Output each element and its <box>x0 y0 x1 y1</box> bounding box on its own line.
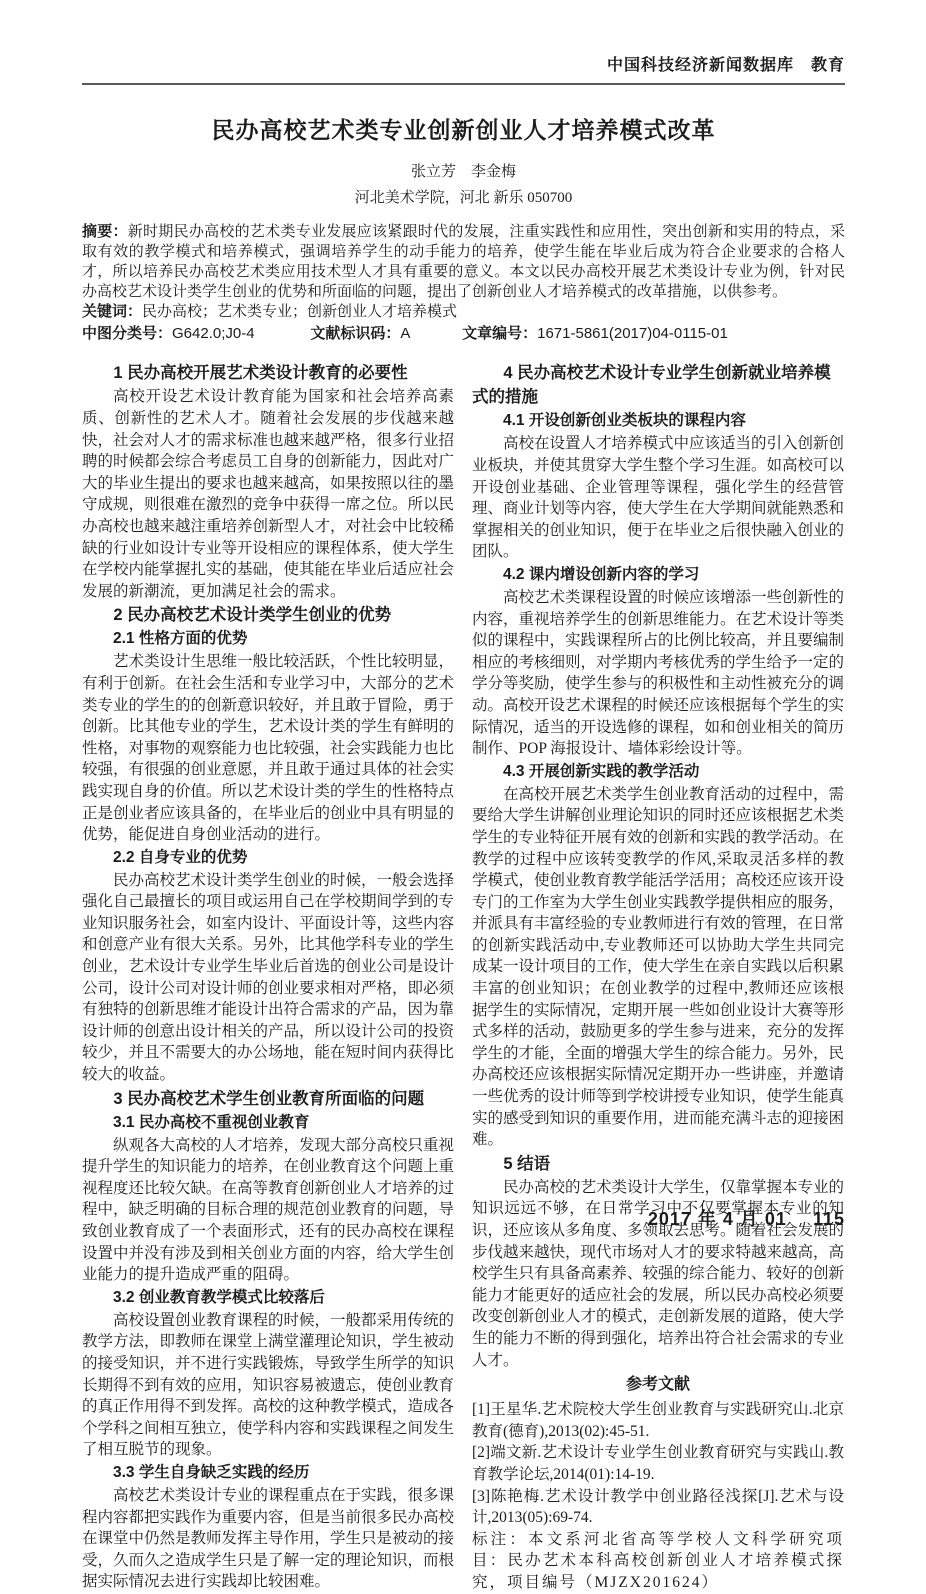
section-3-3-paragraph: 高校艺术类设计专业的课程重点在于实践，很多课程内容都把实践作为重要内容，但是当前… <box>82 1485 454 1593</box>
section-2-heading: 2 民办高校艺术设计类学生创业的优势 <box>82 603 454 627</box>
section-3-1-paragraph: 纵观各大高校的人才培养，发现大部分高校只重视提升学生的知识能力的培养，在创业教育… <box>82 1135 454 1286</box>
right-column: 4 民办高校艺术设计专业学生创新就业培养模式的措施 4.1 开设创新创业类板块的… <box>472 360 844 1593</box>
funding-note: 标注：本文系河北省高等学校人文科学研究项目：民办艺术本科高校创新创业人才培养模式… <box>472 1529 844 1594</box>
meta-block: 摘要：新时期民办高校的艺术类专业发展应该紧跟时代的发展，注重实践性和应用性，突出… <box>82 222 845 344</box>
section-4-2-paragraph: 高校艺术类课程设置的时候应该增添一些创新性的内容，重视培养学生的创新思维能力。在… <box>472 587 844 760</box>
keywords-label: 关键词： <box>82 303 142 320</box>
article-id-value: 1671-5861(2017)04-0115-01 <box>537 325 728 342</box>
section-4-3-paragraph: 在高校开展艺术类学生创业教育活动的过程中，需要给大学生讲解创业理论知识的同时还应… <box>472 784 844 1151</box>
reference-item: [2]端文新.艺术设计专业学生创业教育研究与实践山.教育教学论坛,2014(01… <box>472 1442 844 1485</box>
section-3-2-paragraph: 高校设置创业教育课程的时候，一般都采用传统的教学方法，即教师在课堂上满堂灌理论知… <box>82 1310 454 1461</box>
section-1-heading: 1 民办高校开展艺术类设计教育的必要性 <box>82 361 454 385</box>
section-3-3-heading: 3.3 学生自身缺乏实践的经历 <box>82 1462 454 1484</box>
abstract-paragraph: 摘要：新时期民办高校的艺术类专业发展应该紧跟时代的发展，注重实践性和应用性，突出… <box>82 222 845 302</box>
author-affiliation: 河北美术学院，河北 新乐 050700 <box>82 186 845 207</box>
section-4-3-heading: 4.3 开展创新实践的教学活动 <box>472 761 844 783</box>
abstract-text: 新时期民办高校的艺术类专业发展应该紧跟时代的发展，注重实践性和应用性，突出创新和… <box>82 224 845 300</box>
section-4-heading: 4 民办高校艺术设计专业学生创新就业培养模式的措施 <box>472 361 844 409</box>
section-2-1-paragraph: 艺术类设计生思维一般比较活跃，个性比较明显，有利于创新。在社会生活和专业学习中，… <box>82 651 454 845</box>
article-id-label: 文章编号： <box>462 325 537 342</box>
section-4-2-heading: 4.2 课内增设创新内容的学习 <box>472 564 844 586</box>
section-3-1-heading: 3.1 民办高校不重视创业教育 <box>82 1112 454 1134</box>
two-column-body: 1 民办高校开展艺术类设计教育的必要性 高校开设艺术设计教育能为国家和社会培养高… <box>82 360 845 1593</box>
section-2-2-heading: 2.2 自身专业的优势 <box>82 847 454 869</box>
issue-date: 2017 年 4 月 01 <box>648 1209 787 1229</box>
page-number: 115 <box>813 1209 845 1229</box>
section-4-1-paragraph: 高校在设置人才培养模式中应该适当的引入创新创业板块，并使其贯穿大学生整个学习生涯… <box>472 433 844 563</box>
section-1-paragraph: 高校开设艺术设计教育能为国家和社会培养高素质、创新性的艺术人才。随着社会发展的步… <box>82 386 454 602</box>
article-id-segment: 文章编号：1671-5861(2017)04-0115-01 <box>462 324 728 344</box>
section-3-heading: 3 民办高校艺术学生创业教育所面临的问题 <box>82 1087 454 1111</box>
classification-line: 中图分类号：G642.0;J0-4 文献标识码：A 文章编号：1671-5861… <box>82 324 845 344</box>
section-5-heading: 5 结语 <box>472 1152 844 1176</box>
abstract-label: 摘要： <box>82 223 128 240</box>
section-2-1-heading: 2.1 性格方面的优势 <box>82 628 454 650</box>
section-3-2-heading: 3.2 创业教育教学模式比较落后 <box>82 1287 454 1309</box>
journal-header: 中国科技经济新闻数据库 教育 <box>82 52 845 85</box>
doc-code-value: A <box>400 325 410 342</box>
reference-item: [3]陈艳梅.艺术设计教学中创业路径浅探[J].艺术与设计,2013(05):6… <box>472 1486 844 1529</box>
page-title: 民办高校艺术类专业创新创业人才培养模式改革 <box>82 112 845 145</box>
journal-header-label: 中国科技经济新闻数据库 教育 <box>607 57 845 74</box>
left-column: 1 民办高校开展艺术类设计教育的必要性 高校开设艺术设计教育能为国家和社会培养高… <box>82 360 454 1593</box>
doc-code-label: 文献标识码： <box>310 325 400 342</box>
doc-code-segment: 文献标识码：A <box>310 324 410 344</box>
page-footer: 2017 年 4 月 01 115 <box>648 1205 845 1231</box>
author-names: 张立芳 李金梅 <box>82 160 845 181</box>
keywords-text: 民办高校；艺术类专业；创新创业人才培养模式 <box>142 304 457 320</box>
clc-label: 中图分类号： <box>82 325 172 342</box>
clc-segment: 中图分类号：G642.0;J0-4 <box>82 324 255 344</box>
section-2-2-paragraph: 民办高校艺术设计类学生创业的时候，一般会选择强化自己最擅长的项目或运用自己在学校… <box>82 870 454 1086</box>
section-4-1-heading: 4.1 开设创新创业类板块的课程内容 <box>472 410 844 432</box>
references-title: 参考文献 <box>472 1373 844 1397</box>
reference-item: [1]王星华.艺术院校大学生创业教育与实践研究山.北京教育(德育),2013(0… <box>472 1399 844 1442</box>
keywords-line: 关键词：民办高校；艺术类专业；创新创业人才培养模式 <box>82 302 845 322</box>
paper-page: 中国科技经济新闻数据库 教育 民办高校艺术类专业创新创业人才培养模式改革 张立芳… <box>0 0 926 1309</box>
clc-value: G642.0;J0-4 <box>172 325 255 342</box>
